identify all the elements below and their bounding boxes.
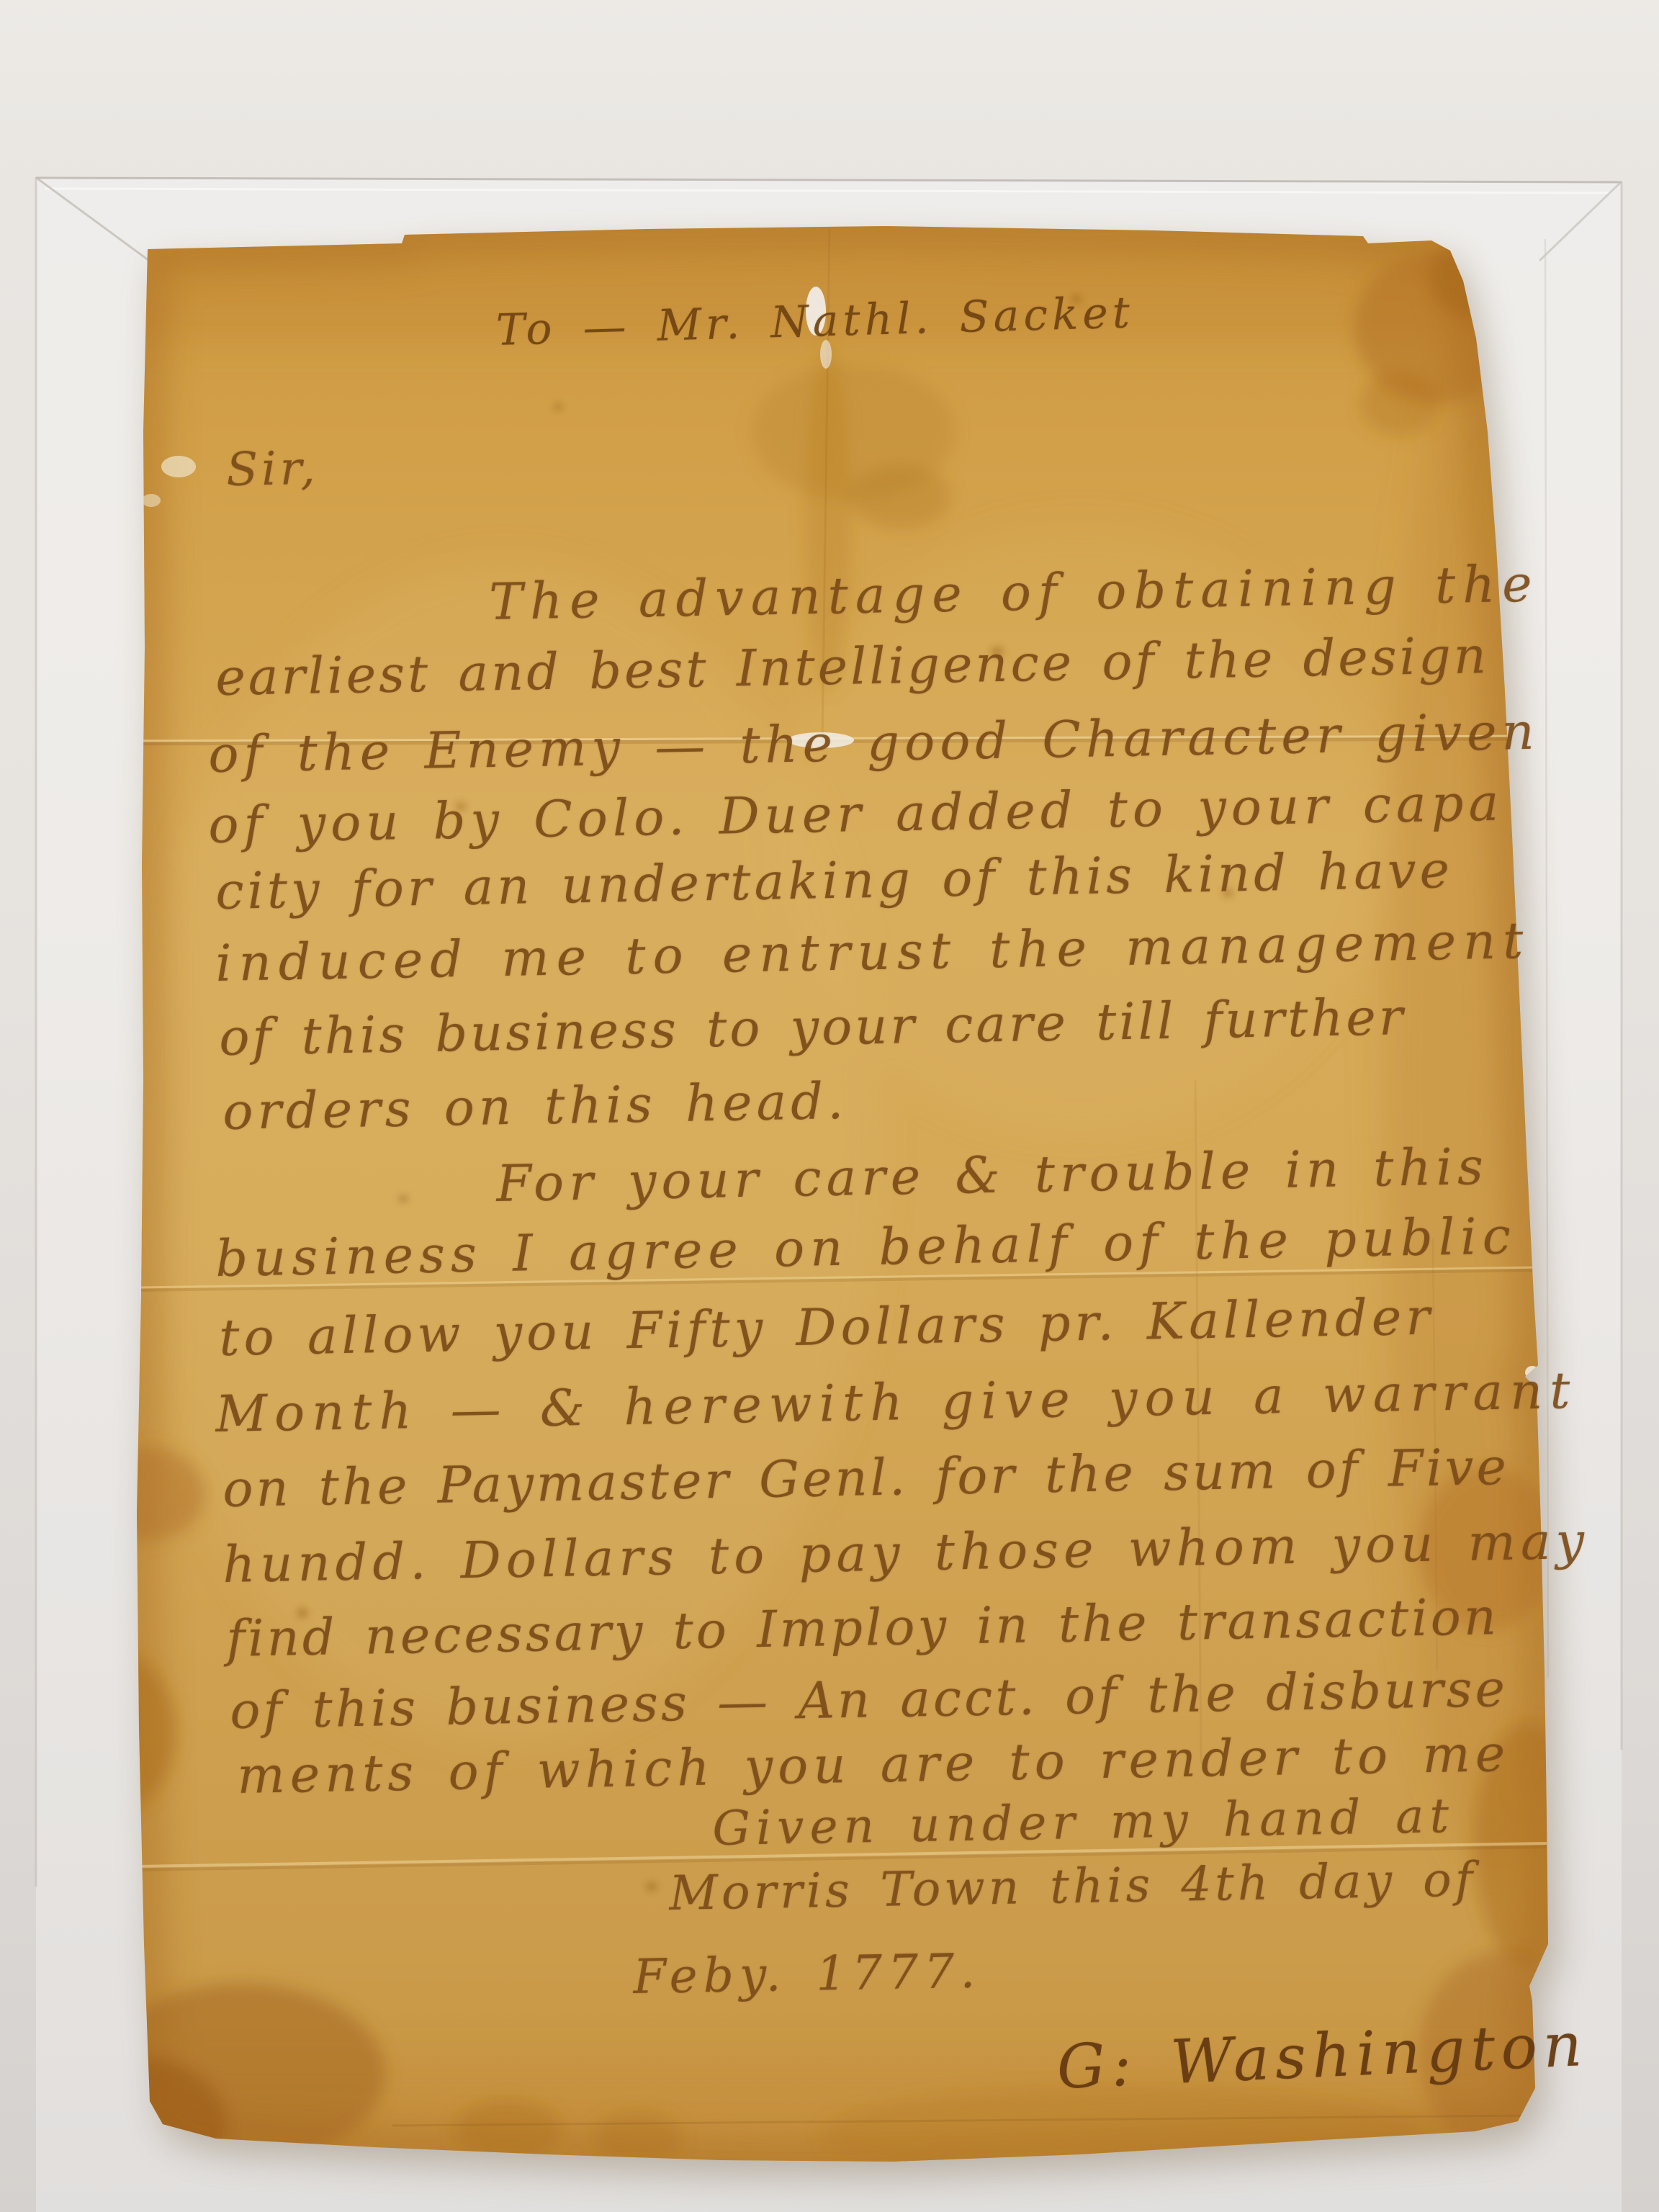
signature: G: Washington	[1056, 2009, 1589, 2103]
body-line: earliest and best Intelligence of the de…	[215, 626, 1490, 707]
body-line: of the Enemy — the good Character given	[208, 702, 1540, 784]
closing-line: Given under my hand at	[712, 1788, 1455, 1856]
body-line: orders on this head.	[222, 1071, 848, 1141]
closing-line: Morris Town this 4th day of	[669, 1851, 1477, 1921]
letter-text-layer: To — Mr. Nathl. Sacket Sir, The advantag…	[0, 0, 1659, 2212]
closing-line: Feby. 1777.	[633, 1943, 981, 2005]
body-line: city for an undertaking of this kind hav…	[215, 840, 1454, 921]
body-line: on the Paymaster Genl. for the sum of Fi…	[222, 1437, 1510, 1519]
body-line: induced me to entrust the management	[215, 911, 1531, 993]
body-line: business I agree on behalf of the public	[215, 1206, 1517, 1288]
body-line: The advantage of obtaining the	[489, 554, 1540, 631]
body-line: of this business to your care till furth…	[219, 987, 1406, 1067]
address-line: To — Mr. Nathl. Sacket	[495, 287, 1135, 356]
salutation: Sir,	[226, 442, 319, 497]
body-line: For your care & trouble in this	[496, 1137, 1489, 1213]
body-line: to allow you Fifty Dollars pr. Kallender	[219, 1287, 1435, 1367]
body-line: hundd. Dollars to pay those whom you may	[222, 1511, 1590, 1594]
photograph-of-washington-letter: To — Mr. Nathl. Sacket Sir, The advantag…	[0, 0, 1659, 2212]
body-line: Month — & herewith give you a warrant	[215, 1361, 1578, 1444]
body-line: find necessary to Imploy in the transact…	[226, 1587, 1500, 1668]
